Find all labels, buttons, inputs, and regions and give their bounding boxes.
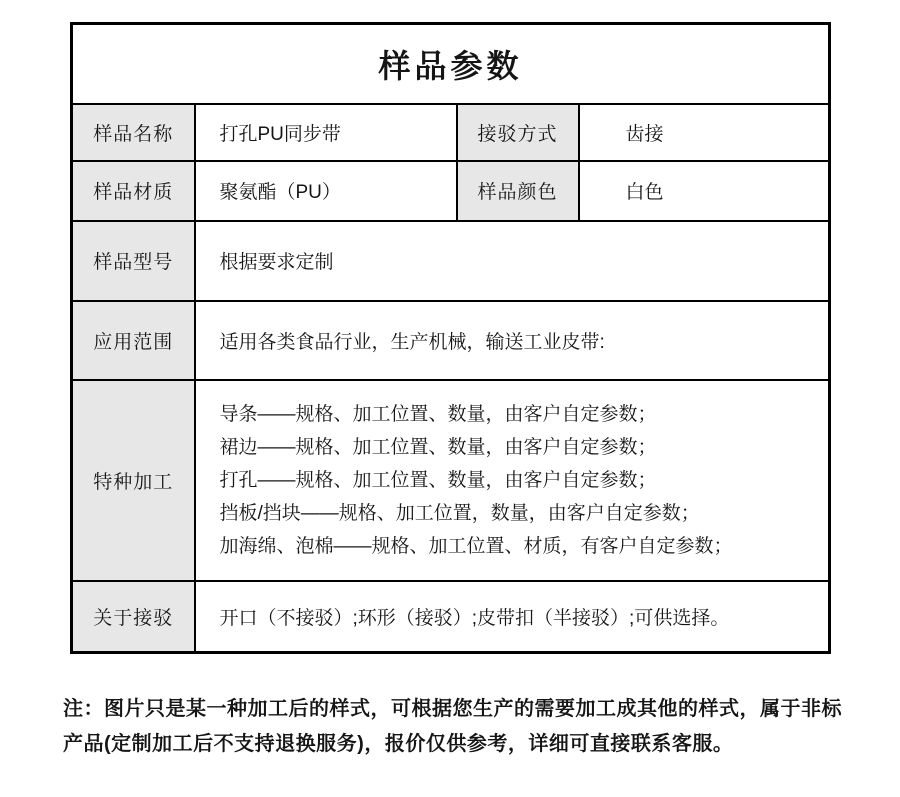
value-about-connection: 开口（不接驳）;环形（接驳）;皮带扣（半接驳）;可供选择。 [195,581,830,653]
value-sample-name: 打孔PU同步带 [195,104,457,161]
label-sample-color: 样品颜色 [457,161,579,221]
table-row: 应用范围 适用各类食品行业，生产机械，输送工业皮带: [72,301,830,380]
value-special-processing: 导条——规格、加工位置、数量，由客户自定参数； 裙边——规格、加工位置、数量，由… [195,380,830,581]
spec-table: 样品参数 样品名称 打孔PU同步带 接驳方式 齿接 样品材质 聚氨酯（PU） 样… [70,22,831,654]
special-processing-line: 裙边——规格、加工位置、数量，由客户自定参数； [220,431,819,464]
table-row: 样品型号 根据要求定制 [72,221,830,301]
table-row: 特种加工 导条——规格、加工位置、数量，由客户自定参数； 裙边——规格、加工位置… [72,380,830,581]
label-application-scope: 应用范围 [72,301,195,380]
value-application-scope: 适用各类食品行业，生产机械，输送工业皮带: [195,301,830,380]
value-sample-material: 聚氨酯（PU） [195,161,457,221]
table-row: 样品材质 聚氨酯（PU） 样品颜色 白色 [72,161,830,221]
label-sample-model: 样品型号 [72,221,195,301]
special-processing-lines: 导条——规格、加工位置、数量，由客户自定参数； 裙边——规格、加工位置、数量，由… [196,388,829,573]
special-processing-line: 加海绵、泡棉——规格、加工位置、材质，有客户自定参数； [220,530,819,563]
label-about-connection: 关于接驳 [72,581,195,653]
special-processing-line: 导条——规格、加工位置、数量，由客户自定参数； [220,398,819,431]
label-sample-name: 样品名称 [72,104,195,161]
table-row-title: 样品参数 [72,24,830,104]
special-processing-line: 挡板/挡块——规格、加工位置，数量，由客户自定参数； [220,497,819,530]
value-connection-method: 齿接 [579,104,830,161]
value-sample-color: 白色 [579,161,830,221]
footer-note: 注：图片只是某一种加工后的样式，可根据您生产的需要加工成其他的样式，属于非标产品… [63,692,845,762]
table-row: 样品名称 打孔PU同步带 接驳方式 齿接 [72,104,830,161]
value-sample-model: 根据要求定制 [195,221,830,301]
table-row: 关于接驳 开口（不接驳）;环形（接驳）;皮带扣（半接驳）;可供选择。 [72,581,830,653]
table-title: 样品参数 [72,24,830,104]
product-spec-sheet: 样品参数 样品名称 打孔PU同步带 接驳方式 齿接 样品材质 聚氨酯（PU） 样… [0,0,900,797]
label-sample-material: 样品材质 [72,161,195,221]
special-processing-line: 打孔——规格、加工位置、数量，由客户自定参数； [220,464,819,497]
label-special-processing: 特种加工 [72,380,195,581]
label-connection-method: 接驳方式 [457,104,579,161]
